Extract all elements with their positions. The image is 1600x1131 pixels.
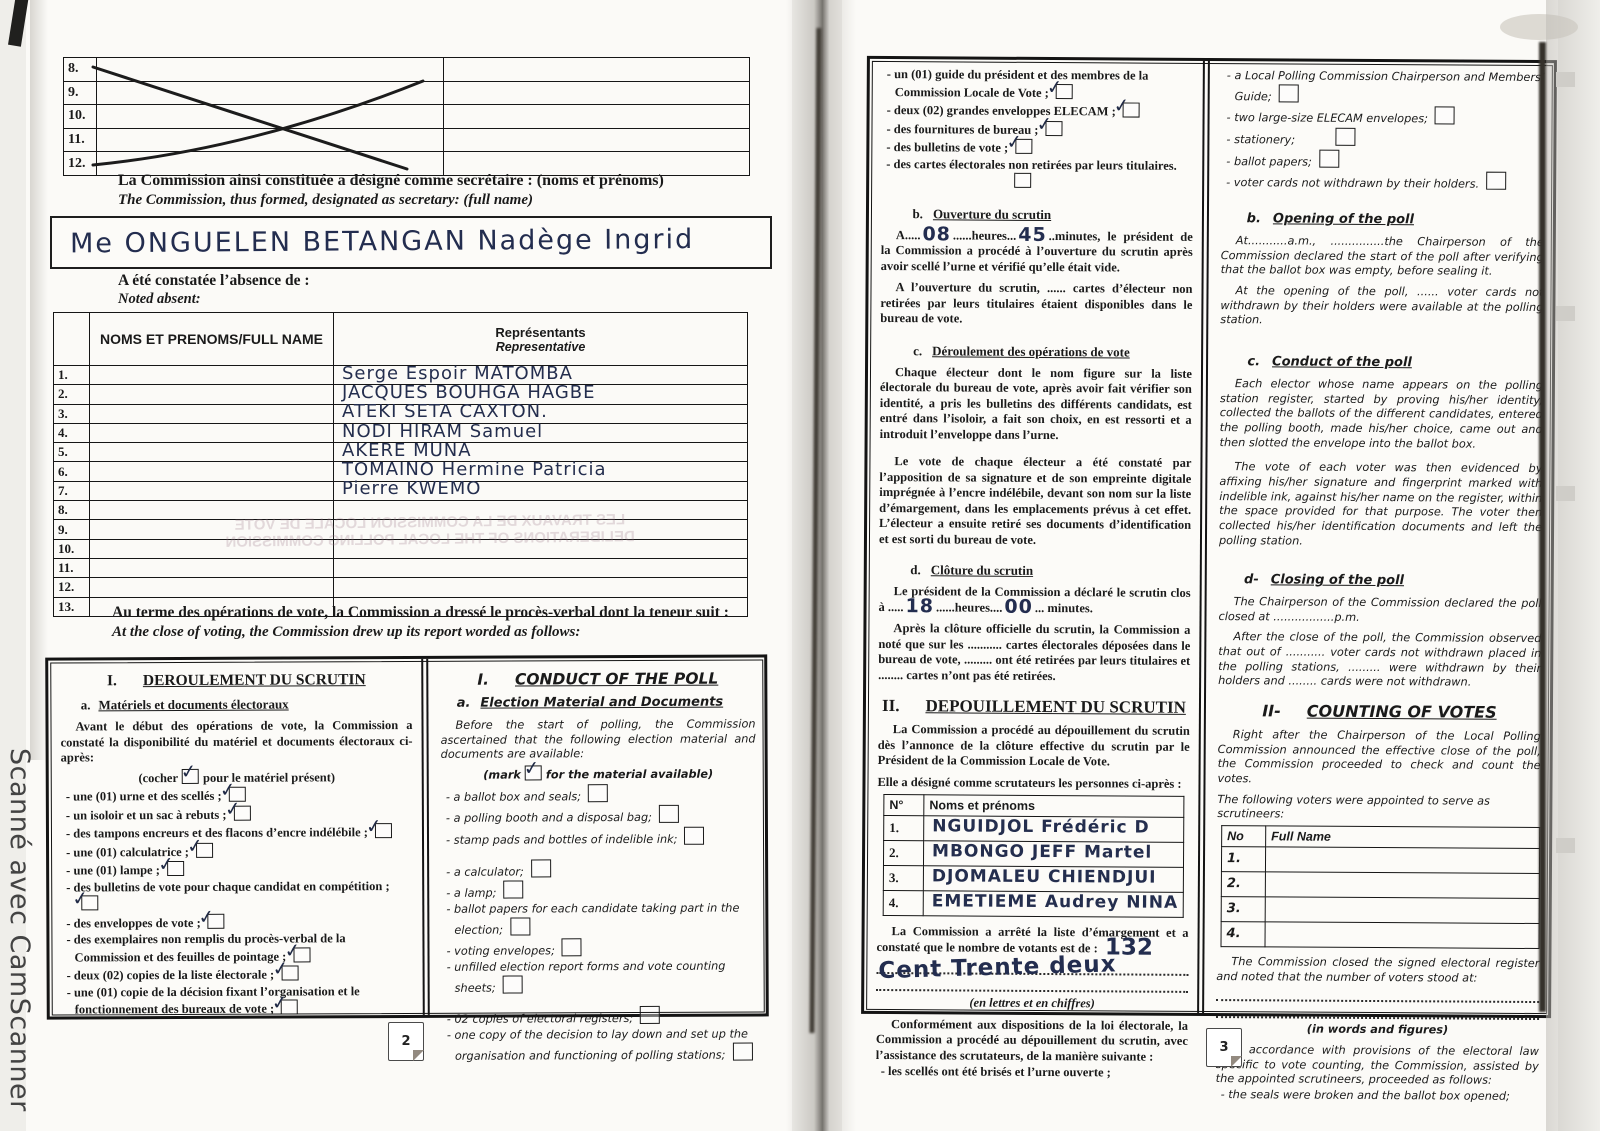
counting-para4-en: In accordance with provisions of the ele…: [1216, 1043, 1539, 1089]
scrutineer-handwriting: DJOMALEU CHIENDJUI: [924, 868, 1183, 887]
counting-para2-en: The following voters were appointed to s…: [1217, 793, 1540, 824]
table-row: 1.NGUIDJOL Frédéric D: [884, 816, 1184, 843]
material-item: - one copy of the decision to lay down a…: [442, 1028, 757, 1065]
checkbox-icon: [684, 827, 704, 845]
material-item: - des fournitures de bureau ;: [881, 119, 1193, 138]
representative-handwriting: Serge Espoir MATOMBA: [334, 365, 747, 382]
material-item: - stationery;: [1221, 127, 1544, 150]
material-item: - une (01) copie de la décision fixant l…: [62, 984, 414, 1019]
opening-para2-en: At the opening of the poll, ...... voter…: [1220, 284, 1543, 330]
page-number-badge: 2: [388, 1022, 424, 1061]
table-row: 2.MBONGO JEFF Martel: [883, 841, 1183, 868]
table-row: 4.: [1221, 922, 1539, 949]
material-item: - a calculator;: [441, 858, 756, 880]
bullet-fr: - les scellés ont été brisés et l’urne o…: [876, 1064, 1188, 1081]
checkbox-icon: [659, 805, 679, 823]
caption-en: (in words and figures): [1216, 1022, 1539, 1039]
handdrawn-x-cross: [63, 57, 749, 171]
secretary-label-fr: La Commission ainsi constituée a désigné…: [118, 172, 664, 190]
table-row: 11.: [54, 558, 748, 577]
closing-para2-en: After the close of the poll, the Commiss…: [1218, 631, 1541, 692]
section-1-title-en: I. CONDUCT OF THE POLL: [440, 668, 755, 690]
material-item: - a Local Polling Commission Chairperson…: [1222, 69, 1545, 106]
right-page-edge: [1539, 42, 1546, 1012]
representative-handwriting: Pierre KWEMO: [334, 480, 747, 497]
checkbox-icon: [375, 823, 392, 838]
closing-para1-fr: Le président de la Commission a déclaré …: [879, 584, 1191, 617]
material-item: - des bulletins de vote ;: [881, 138, 1193, 157]
table-row: 7.Pierre KWEMO: [54, 481, 748, 500]
material-item: - a lamp;: [441, 880, 756, 902]
material-item: - des tampons encreurs et des flacons d’…: [61, 823, 413, 842]
conduct-para2-fr: Le vote de chaque électeur a été constat…: [879, 454, 1192, 549]
secretary-name-box: Me ONGUELEN BETANGAN Nadège Ingrid: [50, 216, 772, 269]
material-item: - ballot papers for each candidate takin…: [441, 902, 756, 939]
checkbox-icon: [81, 896, 98, 911]
table-row: 3.DJOMALEU CHIENDJUI: [883, 866, 1183, 893]
scan-artifact: [1556, 838, 1575, 853]
table-row: 2.: [1221, 872, 1539, 899]
material-item: - two large-size ELECAM envelopes;: [1222, 105, 1545, 128]
close-of-voting-fr: Au terme des opérations de vote, la Comm…: [112, 604, 729, 622]
caption-fr: (en lettres et en chiffres): [876, 995, 1188, 1012]
section-1a-para-en: Before the start of polling, the Commiss…: [440, 718, 755, 763]
material-item: - des exemplaires non remplis du procès-…: [61, 931, 413, 966]
mark-instruction-en: (markfor the material available): [441, 765, 756, 784]
scan-artifact: [1556, 306, 1575, 321]
page-number: 3: [1219, 1040, 1228, 1055]
checkbox-icon: [208, 914, 225, 929]
material-item: - unfilled election report forms and vot…: [442, 960, 757, 997]
scan-artifact: [1556, 72, 1575, 87]
checkbox-icon: [1014, 173, 1031, 188]
secretary-label-en: The Commission, thus formed, designated …: [118, 192, 533, 209]
opening-para2-fr: A l’ouverture du scrutin, ...... cartes …: [880, 280, 1192, 328]
section-1a-title-fr: a. Matériels et documents électoraux: [60, 696, 412, 714]
table-row: 4.EMETIEME Audrey NINA: [883, 891, 1183, 918]
right-english-column: - a Local Polling Commission Chairperson…: [1197, 61, 1554, 1015]
right-edge-shadow: [1546, 0, 1600, 1131]
material-item: - une (01) calculatrice ;: [61, 842, 413, 861]
counting-para1-fr: La Commission a procédé au dépouillement…: [878, 722, 1190, 770]
absent-label-en: Noted absent:: [118, 291, 201, 308]
col-header-representative: Représentants Representative: [334, 313, 748, 366]
table-row: 12.: [54, 578, 748, 597]
conduct-para2-en: The vote of each voter was then evidence…: [1219, 460, 1543, 550]
dotted-line: [1216, 984, 1539, 1003]
counting-para3-fr: Conformément aux dispositions de la loi …: [876, 1017, 1188, 1065]
material-item: - voter cards not withdrawn by their hol…: [1221, 170, 1544, 193]
checkbox-icon: [1015, 139, 1032, 154]
mark-instruction-fr: (cocherpour le matériel présent): [61, 768, 413, 787]
checkbox-icon: [1279, 84, 1299, 102]
scrutineers-table-en: NoFull Name 1. 2. 3. 4.: [1220, 825, 1540, 949]
checkbox-icon: [1045, 120, 1062, 135]
checkbox-icon: [1319, 149, 1339, 167]
right-french-column: - un (01) guide du président et des memb…: [864, 59, 1203, 1013]
material-item: - 02 copies of electoral registers;: [442, 1006, 757, 1028]
checkbox-icon: [732, 1042, 752, 1060]
section-b-title-fr: b. Ouverture du scrutin: [881, 205, 1193, 223]
representative-handwriting: JACQUES BOUHGA HAGBE: [334, 384, 747, 401]
page-number: 2: [401, 1034, 410, 1049]
section-c-title-fr: c. Déroulement des opérations de vote: [880, 343, 1192, 361]
checkbox-icon: [1123, 102, 1140, 117]
scrutineers-table-fr: N°Noms et prénoms 1.NGUIDJOL Frédéric D …: [883, 794, 1185, 918]
checkbox-icon: [234, 806, 251, 821]
closing-para1-en: The Chairperson of the Commission declar…: [1218, 595, 1541, 626]
section-1-french-column: I. DEROULEMENT DU SCRUTIN a. Matériels e…: [48, 659, 423, 1017]
section-d-title-en: d- Closing of the poll: [1219, 572, 1542, 591]
opening-para1-en: At...........a.m., ...............the Ch…: [1221, 234, 1544, 280]
checkbox-icon: [281, 1000, 298, 1015]
page-gutter-shadow: [786, 0, 856, 1131]
checkbox-icon: [640, 1006, 660, 1024]
voter-count-words-area: Cent Trente deux: [876, 957, 1188, 993]
checkbox-icon: [281, 966, 298, 981]
checkbox-icon: [167, 861, 184, 876]
representative-handwriting: TOMAINO Hermine Patricia: [334, 461, 747, 478]
representative-handwriting: ATEKI SETA CAXTON.: [334, 403, 747, 420]
material-item: - deux (02) copies de la liste électoral…: [62, 965, 414, 984]
table-row: 3.: [1221, 897, 1539, 924]
section-1-title-fr: I. DEROULEMENT DU SCRUTIN: [60, 670, 412, 691]
material-item: - des enveloppes de vote ;: [61, 913, 413, 932]
material-item: - a ballot box and seals;: [441, 783, 756, 805]
col-header-name: NOMS ET PRENOMS/FULL NAME: [90, 313, 334, 366]
checkbox-icon: [588, 784, 608, 802]
minute-handwriting: 00: [1004, 596, 1033, 618]
bullet-en: - the seals were broken and the ballot b…: [1216, 1088, 1539, 1105]
section-1-box: I. DEROULEMENT DU SCRUTIN a. Matériels e…: [45, 654, 769, 1019]
col-fullname: Full Name: [1266, 826, 1540, 849]
counting-para2-fr: Elle a désigné comme scrutateurs les per…: [877, 775, 1189, 792]
secretary-name-handwriting: Me ONGUELEN BETANGAN Nadège Ingrid: [52, 215, 770, 259]
material-item: - un isoloir et un sac à rebuts ;: [61, 805, 413, 824]
counting-para1-en: Right after the Chairperson of the Local…: [1217, 728, 1540, 789]
material-item: - stamp pads and bottles of indelible in…: [441, 827, 756, 849]
scrutineer-handwriting: MBONGO JEFF Martel: [924, 843, 1183, 862]
section-d-title-fr: d. Clôture du scrutin: [879, 562, 1191, 580]
sample-check-icon: [182, 769, 199, 784]
camscanner-watermark: Scanné avec CamScanner: [4, 748, 35, 1130]
absent-label-fr: A été constatée l’absence de :: [118, 272, 310, 290]
checkbox-icon: [503, 881, 523, 899]
material-item: - des cartes électorales non retirées pa…: [881, 156, 1193, 191]
table-row: 1.: [1221, 847, 1539, 874]
checkbox-icon: [1056, 84, 1073, 99]
absent-table: NOMS ET PRENOMS/FULL NAME Représentants …: [53, 312, 748, 617]
scrutineer-handwriting: EMETIEME Audrey NINA: [924, 893, 1183, 912]
section-c-title-en: c. Conduct of the poll: [1220, 354, 1543, 373]
close-of-voting-en: At the close of voting, the Commission d…: [112, 624, 580, 641]
sample-check-icon: [525, 765, 542, 780]
checkbox-icon: [503, 975, 523, 993]
left-edge-shadow: [30, 0, 48, 760]
opening-para-fr: A.....08......heures...45..minutes, le p…: [881, 228, 1193, 276]
checkbox-icon: [1435, 107, 1455, 125]
checkbox-icon: [562, 939, 582, 957]
register-closed-en: The Commission closed the signed elector…: [1216, 955, 1539, 986]
material-item: - ballot papers;: [1221, 149, 1544, 172]
material-item: - des bulletins de vote pour chaque cand…: [61, 879, 413, 914]
section-2-box: - un (01) guide du président et des memb…: [861, 56, 1557, 1018]
checkbox-icon: [1335, 128, 1355, 146]
conduct-para1-en: Each elector whose name appears on the p…: [1220, 377, 1543, 452]
representative-handwriting: AKERE MUNA: [334, 442, 747, 459]
checkbox-icon: [531, 859, 551, 877]
section-b-title-en: b. Opening of the poll: [1221, 211, 1544, 230]
material-item: - un (01) guide du président et des memb…: [882, 67, 1194, 102]
material-item: - a polling booth and a disposal bag;: [441, 805, 756, 827]
page-number-badge: 3: [1206, 1028, 1242, 1067]
checkbox-icon: [510, 917, 530, 935]
bleedthrough-text: LES TRAVAUX DE LA COMMISSION LOCALE DE V…: [170, 510, 690, 551]
hour-handwriting: 08: [922, 223, 951, 245]
section-1-english-column: I. CONDUCT OF THE POLL a. Election Mater…: [421, 657, 766, 1014]
dotted-line: [1216, 1001, 1539, 1020]
material-item: - une (01) lampe ;: [61, 860, 413, 879]
col-no: N°: [884, 795, 924, 816]
material-item: - voting envelopes;: [441, 938, 756, 960]
scrutineer-handwriting: NGUIDJOL Frédéric D: [924, 818, 1183, 837]
section-2-title-fr: II. DEPOUILLEMENT DU SCRUTIN: [878, 695, 1190, 718]
scanned-document: 8. 9. 10. 11. 12. La Commission ainsi co…: [0, 0, 1600, 1131]
section-1a-title-en: a. Election Material and Documents: [440, 695, 755, 713]
crossed-out-table: 8. 9. 10. 11. 12.: [63, 57, 749, 171]
scan-artifact: [1556, 486, 1575, 501]
section-2-title-en: II- COUNTING OF VOTES: [1218, 701, 1541, 724]
representative-handwriting: NODI HIRAM Samuel: [334, 423, 747, 440]
hour-handwriting: 18: [906, 595, 935, 617]
checkbox-icon: [1486, 172, 1506, 190]
checkbox-icon: [196, 843, 213, 858]
minute-handwriting: 45: [1018, 223, 1047, 245]
conduct-para1-fr: Chaque électeur dont le nom figure sur l…: [880, 365, 1192, 444]
section-1a-para-fr: Avant le début des opérations de vote, l…: [60, 718, 412, 766]
closing-para2-fr: Après la clôture officielle du scrutin, …: [878, 621, 1190, 685]
col-no: No: [1222, 826, 1266, 847]
checkbox-icon: [293, 947, 310, 962]
col-names: Noms et prénoms: [924, 795, 1184, 818]
